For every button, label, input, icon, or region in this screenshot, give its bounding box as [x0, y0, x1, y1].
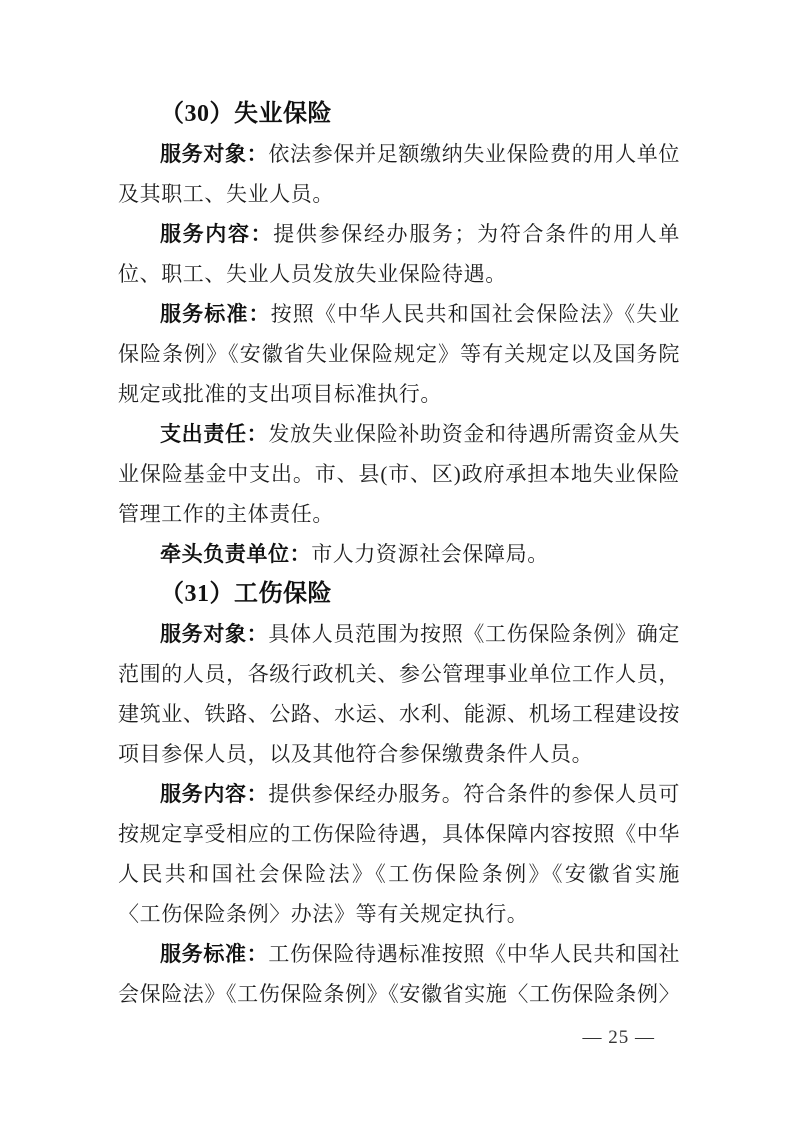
document-page: （30）失业保险 服务对象：依法参保并足额缴纳失业保险费的用人单位及其职工、失业…: [0, 0, 793, 1122]
paragraph-text: 市人力资源社会保障局。: [311, 542, 549, 566]
service-target-paragraph: 服务对象：依法参保并足额缴纳失业保险费的用人单位及其职工、失业人员。: [118, 134, 680, 214]
section-heading: （30）失业保险: [118, 94, 680, 134]
expenditure-responsibility-paragraph: 支出责任：发放失业保险补助资金和待遇所需资金从失业保险基金中支出。市、县(市、区…: [118, 414, 680, 534]
lead-unit-paragraph: 牵头负责单位：市人力资源社会保障局。: [118, 534, 680, 574]
section-unemployment-insurance: （30）失业保险 服务对象：依法参保并足额缴纳失业保险费的用人单位及其职工、失业…: [118, 94, 680, 574]
paragraph-label: 服务标准：: [160, 302, 271, 326]
service-standard-paragraph: 服务标准：工伤保险待遇标准按照《中华人民共和国社会保险法》《工伤保险条例》《安徽…: [118, 934, 680, 1014]
paragraph-label: 牵头负责单位：: [160, 542, 311, 566]
paragraph-label: 服务标准：: [160, 942, 268, 966]
paragraph-label: 服务对象：: [160, 622, 268, 646]
section-work-injury-insurance: （31）工伤保险 服务对象：具体人员范围为按照《工伤保险条例》确定范围的人员，各…: [118, 574, 680, 1014]
paragraph-label: 支出责任：: [160, 422, 268, 446]
paragraph-label: 服务内容：: [160, 222, 273, 246]
section-heading: （31）工伤保险: [118, 574, 680, 614]
paragraph-label: 服务内容：: [160, 782, 268, 806]
service-content-paragraph: 服务内容：提供参保经办服务。符合条件的参保人员可按规定享受相应的工伤保险待遇，具…: [118, 774, 680, 934]
service-target-paragraph: 服务对象：具体人员范围为按照《工伤保险条例》确定范围的人员，各级行政机关、参公管…: [118, 614, 680, 774]
page-number: — 25 —: [583, 1026, 656, 1050]
service-content-paragraph: 服务内容：提供参保经办服务；为符合条件的用人单位、职工、失业人员发放失业保险待遇…: [118, 214, 680, 294]
service-standard-paragraph: 服务标准：按照《中华人民共和国社会保险法》《失业保险条例》《安徽省失业保险规定》…: [118, 294, 680, 414]
paragraph-label: 服务对象：: [160, 142, 268, 166]
page-content: （30）失业保险 服务对象：依法参保并足额缴纳失业保险费的用人单位及其职工、失业…: [118, 94, 680, 1014]
